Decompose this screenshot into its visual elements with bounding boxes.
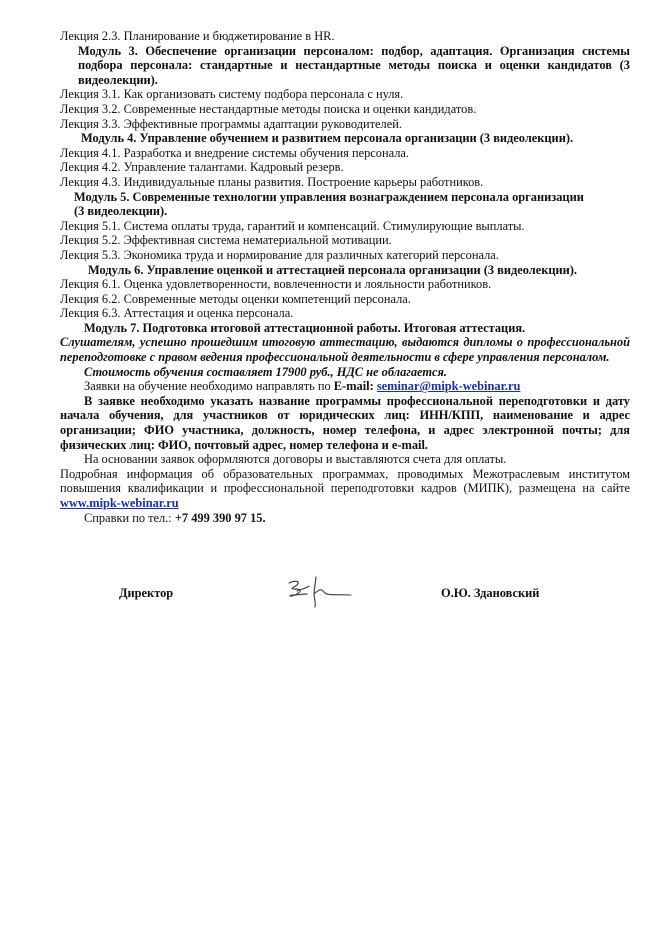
lecture-4-3: Лекция 4.3. Индивидуальные планы развити… xyxy=(60,175,630,190)
module-5-line2: (3 видеолекции). xyxy=(74,204,167,218)
lecture-3-3: Лекция 3.3. Эффективные программы адапта… xyxy=(60,117,630,132)
lecture-2-3: Лекция 2.3. Планирование и бюджетировани… xyxy=(60,29,630,44)
module-5-heading: Модуль 5. Современные технологии управле… xyxy=(60,190,630,219)
site-link[interactable]: www.mipk-webinar.ru xyxy=(60,496,179,510)
contracts-paragraph: На основании заявок оформляются договоры… xyxy=(60,452,630,467)
more-info-text: Подробная информация об образовательных … xyxy=(60,467,630,496)
lecture-5-3: Лекция 5.3. Экономика труда и нормирован… xyxy=(60,248,630,263)
lecture-6-1: Лекция 6.1. Оценка удовлетворенности, во… xyxy=(60,277,630,292)
module-5-line1: Модуль 5. Современные технологии управле… xyxy=(74,190,584,204)
lecture-4-1: Лекция 4.1. Разработка и внедрение систе… xyxy=(60,146,630,161)
apply-text: Заявки на обучение необходимо направлять… xyxy=(84,379,334,393)
request-info-paragraph: В заявке необходимо указать название про… xyxy=(60,394,630,452)
lecture-6-3: Лекция 6.3. Аттестация и оценка персонал… xyxy=(60,306,630,321)
phone-number: +7 499 390 97 15. xyxy=(175,511,266,525)
signer-title: Директор xyxy=(119,586,173,601)
cost-paragraph: Стоимость обучения составляет 17900 руб.… xyxy=(60,365,630,380)
lecture-5-1: Лекция 5.1. Система оплаты труда, гарант… xyxy=(60,219,630,234)
document-page: Лекция 2.3. Планирование и бюджетировани… xyxy=(60,29,630,525)
signature-block: Директор О.Ю. Здановский xyxy=(0,582,658,622)
module-6-heading: Модуль 6. Управление оценкой и аттестаци… xyxy=(60,263,630,278)
handwritten-signature-icon xyxy=(283,574,355,610)
signer-name: О.Ю. Здановский xyxy=(441,586,539,601)
lecture-6-2: Лекция 6.2. Современные методы оценки ко… xyxy=(60,292,630,307)
phone-label: Справки по тел.: xyxy=(84,511,175,525)
lecture-3-1: Лекция 3.1. Как организовать систему под… xyxy=(60,87,630,102)
module-7-heading: Модуль 7. Подготовка итоговой аттестацио… xyxy=(60,321,630,336)
lecture-3-2: Лекция 3.2. Современные нестандартные ме… xyxy=(60,102,630,117)
module-3-heading: Модуль 3. Обеспечение организации персон… xyxy=(60,44,630,88)
email-link[interactable]: seminar@mipk-webinar.ru xyxy=(377,379,521,393)
apply-paragraph: Заявки на обучение необходимо направлять… xyxy=(60,379,630,394)
diploma-paragraph: Слушателям, успешно прошедшим итоговую а… xyxy=(60,335,630,364)
more-info-paragraph: Подробная информация об образовательных … xyxy=(60,467,630,511)
module-4-heading: Модуль 4. Управление обучением и развити… xyxy=(60,131,630,146)
email-label: E-mail: xyxy=(334,379,377,393)
phone-paragraph: Справки по тел.: +7 499 390 97 15. xyxy=(60,511,630,526)
lecture-5-2: Лекция 5.2. Эффективная система нематери… xyxy=(60,233,630,248)
lecture-4-2: Лекция 4.2. Управление талантами. Кадров… xyxy=(60,160,630,175)
